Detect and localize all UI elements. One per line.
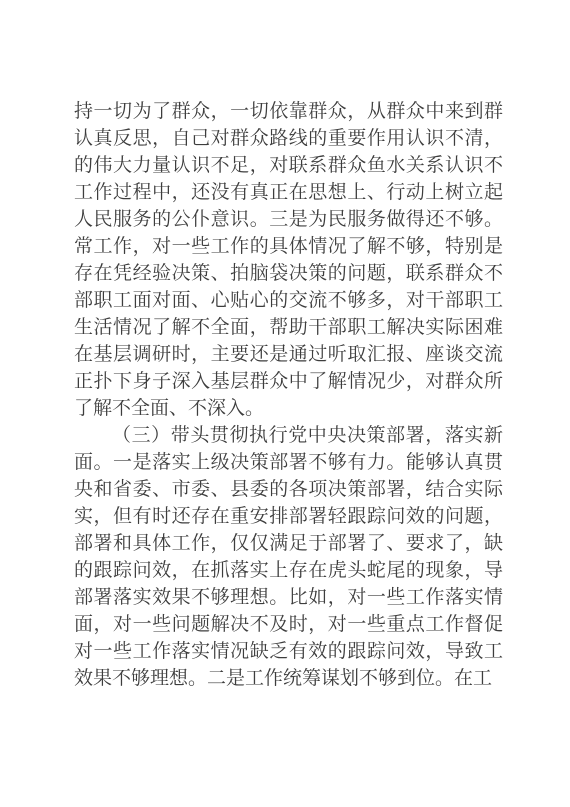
document-page: 持一切为了群众，一切依靠群众，从群众中来到群众中去，但认真反思，自己对群众路线的… [0,0,570,807]
text-line: 在基层调研时，主要还是通过听取汇报、座谈交流等方式，真 [74,341,503,368]
text-line: 央和省委、市委、县委的各项决策部署，结合实际抓好贯彻落 [74,476,503,503]
text-line: 部职工面对面、心贴心的交流不够多，对干部职工思想状况和 [74,287,503,314]
text-line: 实，但有时还存在重安排部署轻跟踪问效的问题，对一些决策 [74,503,503,530]
text-line: 工作过程中，还没有真正在思想上、行动上树立起全心全意为 [74,179,503,206]
text-line: 的伟大力量认识不足，对联系群众鱼水关系认识不透，在推动 [74,152,503,179]
text-line: 面，对一些问题解决不及时，对一些重点工作督促检查不够， [74,611,503,638]
text-line: 部署和具体工作，仅仅满足于部署了、要求了，缺乏及时有效 [74,530,503,557]
text-line: 正扑下身子深入基层群众中了解情况少，对群众所思所想所盼 [74,368,503,395]
text-line: 常工作，对一些工作的具体情况了解不够，特别是在工作中还 [74,233,503,260]
text-line: 效果不够理想。二是工作统筹谋划不够到位。在工作中有时存 [74,665,503,692]
text-line: 了解不全面、不深入。 [74,395,503,422]
text-line: 部署落实效果不够理想。比如，对一些工作落实情况掌握不全 [74,584,503,611]
text-line: 持一切为了群众，一切依靠群众，从群众中来到群众中去，但 [74,98,503,125]
text-line: 对一些工作落实情况缺乏有效的跟踪问效，导致工作推进落实 [74,638,503,665]
text-line: 生活情况了解不全面，帮助干部职工解决实际困难不多。比如， [74,314,503,341]
paragraph: 持一切为了群众，一切依靠群众，从群众中来到群众中去，但认真反思，自己对群众路线的… [74,98,503,422]
text-line: 面。一是落实上级决策部署不够有力。能够认真贯彻落实党中 [74,449,503,476]
paragraph: （三）带头贯彻执行党中央决策部署，落实新发展理念方面。一是落实上级决策部署不够有… [74,422,503,692]
text-line: 存在凭经验决策、拍脑袋决策的问题，联系群众不广泛，与干 [74,260,503,287]
text-line: 的跟踪问效，在抓落实上存在虎头蛇尾的现象，导致部分决策 [74,557,503,584]
text-line: 认真反思，自己对群众路线的重要作用认识不清，对人民群众 [74,125,503,152]
text-line: 人民服务的公仆意识。三是为民服务做得还不够。有时忙于日 [74,206,503,233]
document-body: 持一切为了群众，一切依靠群众，从群众中来到群众中去，但认真反思，自己对群众路线的… [74,98,503,692]
text-line: （三）带头贯彻执行党中央决策部署，落实新发展理念方 [74,422,503,449]
